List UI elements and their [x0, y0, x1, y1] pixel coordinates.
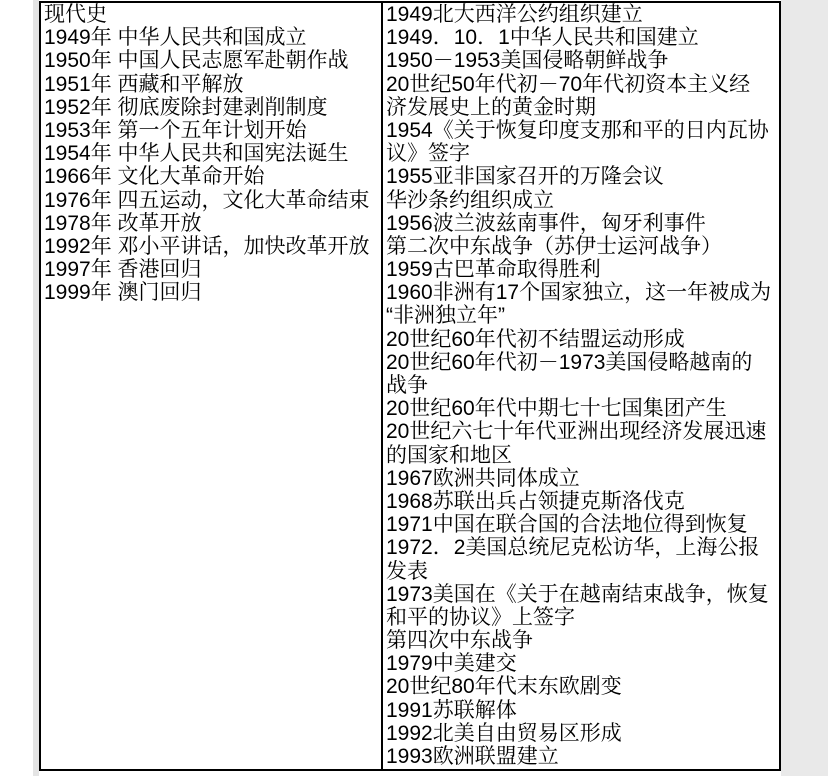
history-timeline-table: 现代史1949年 中华人民共和国成立1950年 中国人民志愿军赴朝作战1951年…: [39, 1, 781, 771]
text-line: 1992年 邓小平讲话，加快改革开放: [44, 235, 381, 258]
text-line: 1950－1953美国侵略朝鲜战争: [386, 49, 779, 72]
text-line: 华沙条约组织成立: [386, 189, 779, 212]
text-line: 1953年 第一个五年计划开始: [44, 119, 381, 142]
text-line: 的国家和地区: [386, 444, 779, 467]
text-line: 和平的协议》上签字: [386, 606, 779, 629]
text-line: 1950年 中国人民志愿军赴朝作战: [44, 49, 381, 72]
text-line: 1972．2美国总统尼克松访华，上海公报: [386, 536, 779, 559]
text-line: 1959古巴革命取得胜利: [386, 258, 779, 281]
text-line: 1967欧洲共同体成立: [386, 467, 779, 490]
text-line: 1949年 中华人民共和国成立: [44, 26, 381, 49]
text-line: 20世纪80年代末东欧剧变: [386, 675, 779, 698]
text-line: 1949北大西洋公约组织建立: [386, 3, 779, 26]
text-line: 1993欧洲联盟建立: [386, 745, 779, 768]
text-line: 1952年 彻底废除封建剥削制度: [44, 96, 381, 119]
text-line: 1999年 澳门回归: [44, 281, 381, 304]
outside-page-area: [781, 0, 828, 776]
text-line: 济发展史上的黄金时期: [386, 96, 779, 119]
text-line: 1978年 改革开放: [44, 212, 381, 235]
text-line: 20世纪60年代初不结盟运动形成: [386, 328, 779, 351]
text-line: 1960非洲有17个国家独立，这一年被成为: [386, 281, 779, 304]
text-line: 1966年 文化大革命开始: [44, 165, 381, 188]
text-line: 1956波兰波兹南事件，匈牙利事件: [386, 212, 779, 235]
text-line: 20世纪60年代初－1973美国侵略越南的: [386, 351, 779, 374]
text-line: 发表: [386, 560, 779, 583]
text-line: 1979中美建交: [386, 652, 779, 675]
text-line: 现代史: [44, 3, 381, 26]
text-line: 第二次中东战争（苏伊士运河战争）: [386, 235, 779, 258]
text-line: 1954年 中华人民共和国宪法诞生: [44, 142, 381, 165]
text-line: “非洲独立年”: [386, 304, 779, 327]
text-line: 1954《关于恢复印度支那和平的日内瓦协: [386, 119, 779, 142]
text-line: 1949．10．1中华人民共和国建立: [386, 26, 779, 49]
text-line: 1992北美自由贸易区形成: [386, 722, 779, 745]
text-line: 20世纪六七十年代亚洲出现经济发展迅速: [386, 420, 779, 443]
text-line: 1976年 四五运动，文化大革命结束: [44, 189, 381, 212]
text-line: 1968苏联出兵占领捷克斯洛伐克: [386, 490, 779, 513]
cell-china-modern-history: 现代史1949年 中华人民共和国成立1950年 中国人民志愿军赴朝作战1951年…: [41, 3, 383, 769]
document-page: 现代史1949年 中华人民共和国成立1950年 中国人民志愿军赴朝作战1951年…: [0, 0, 828, 776]
cell-world-history: 1949北大西洋公约组织建立1949．10．1中华人民共和国建立1950－195…: [383, 3, 779, 769]
text-line: 1997年 香港回归: [44, 258, 381, 281]
text-line: 战争: [386, 374, 779, 397]
text-line: 1971中国在联合国的合法地位得到恢复: [386, 513, 779, 536]
text-line: 1955亚非国家召开的万隆会议: [386, 165, 779, 188]
text-line: 议》签字: [386, 142, 779, 165]
text-line: 1991苏联解体: [386, 699, 779, 722]
text-line: 1951年 西藏和平解放: [44, 73, 381, 96]
text-line: 第四次中东战争: [386, 629, 779, 652]
text-line: 20世纪50年代初－70年代初资本主义经: [386, 73, 779, 96]
text-line: 1973美国在《关于在越南结束战争，恢复: [386, 583, 779, 606]
text-line: 20世纪60年代中期七十七国集团产生: [386, 397, 779, 420]
